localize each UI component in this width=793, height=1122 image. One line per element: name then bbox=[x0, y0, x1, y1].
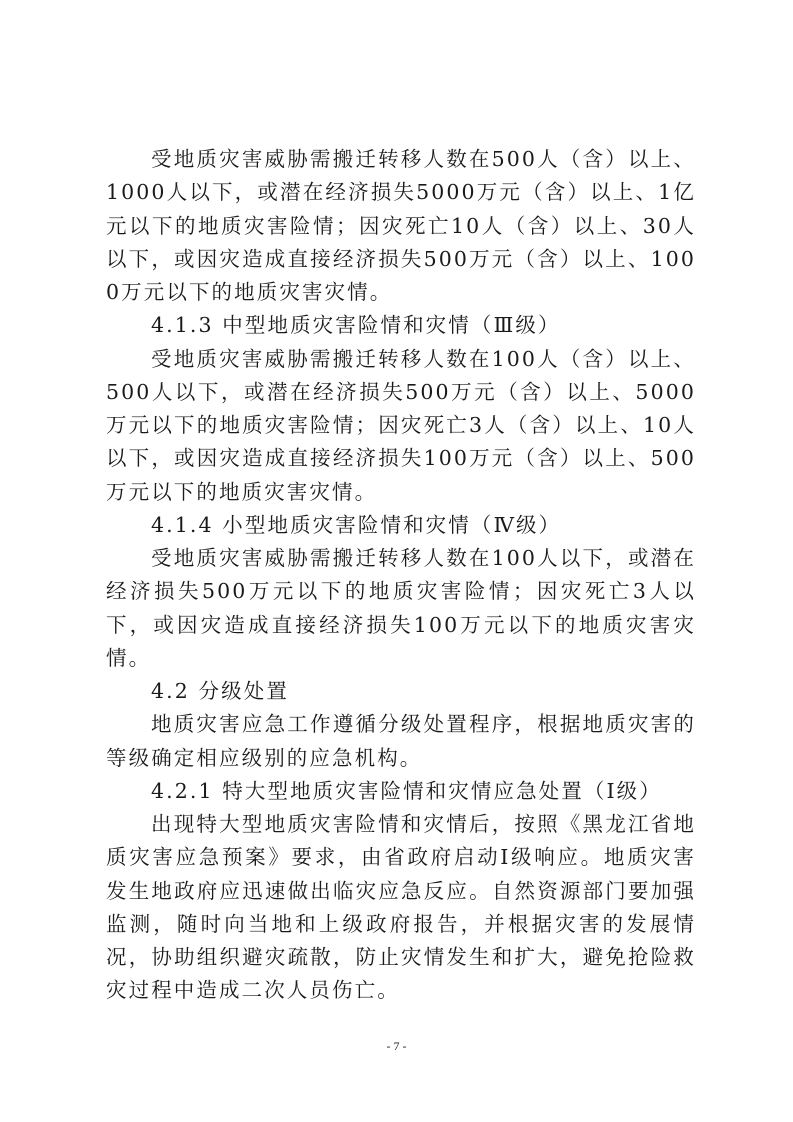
document-body: 受地质灾害威胁需搬迁转移人数在500人（含）以上、1000人以下，或潜在经济损失… bbox=[106, 143, 696, 1008]
paragraph-large-level-criteria: 受地质灾害威胁需搬迁转移人数在500人（含）以上、1000人以下，或潜在经济损失… bbox=[106, 143, 696, 309]
heading-4-2-1-extra-large-response: 4.2.1 特大型地质灾害险情和灾情应急处置（Ⅰ级） bbox=[106, 775, 696, 808]
page-number: - 7 - bbox=[0, 1039, 793, 1054]
paragraph-graded-response: 地质灾害应急工作遵循分级处置程序，根据地质灾害的等级确定相应级别的应急机构。 bbox=[106, 708, 696, 775]
heading-4-2-graded-response: 4.2 分级处置 bbox=[106, 675, 696, 708]
paragraph-small-level-criteria: 受地质灾害威胁需搬迁转移人数在100人以下，或潜在经济损失500万元以下的地质灾… bbox=[106, 542, 696, 675]
paragraph-extra-large-response: 出现特大型地质灾害险情和灾情后，按照《黑龙江省地质灾害应急预案》要求，由省政府启… bbox=[106, 808, 696, 1008]
heading-4-1-3-medium-level: 4.1.3 中型地质灾害险情和灾情（Ⅲ级） bbox=[106, 309, 696, 342]
heading-4-1-4-small-level: 4.1.4 小型地质灾害险情和灾情（Ⅳ级） bbox=[106, 509, 696, 542]
paragraph-medium-level-criteria: 受地质灾害威胁需搬迁转移人数在100人（含）以上、500人以下，或潜在经济损失5… bbox=[106, 343, 696, 509]
